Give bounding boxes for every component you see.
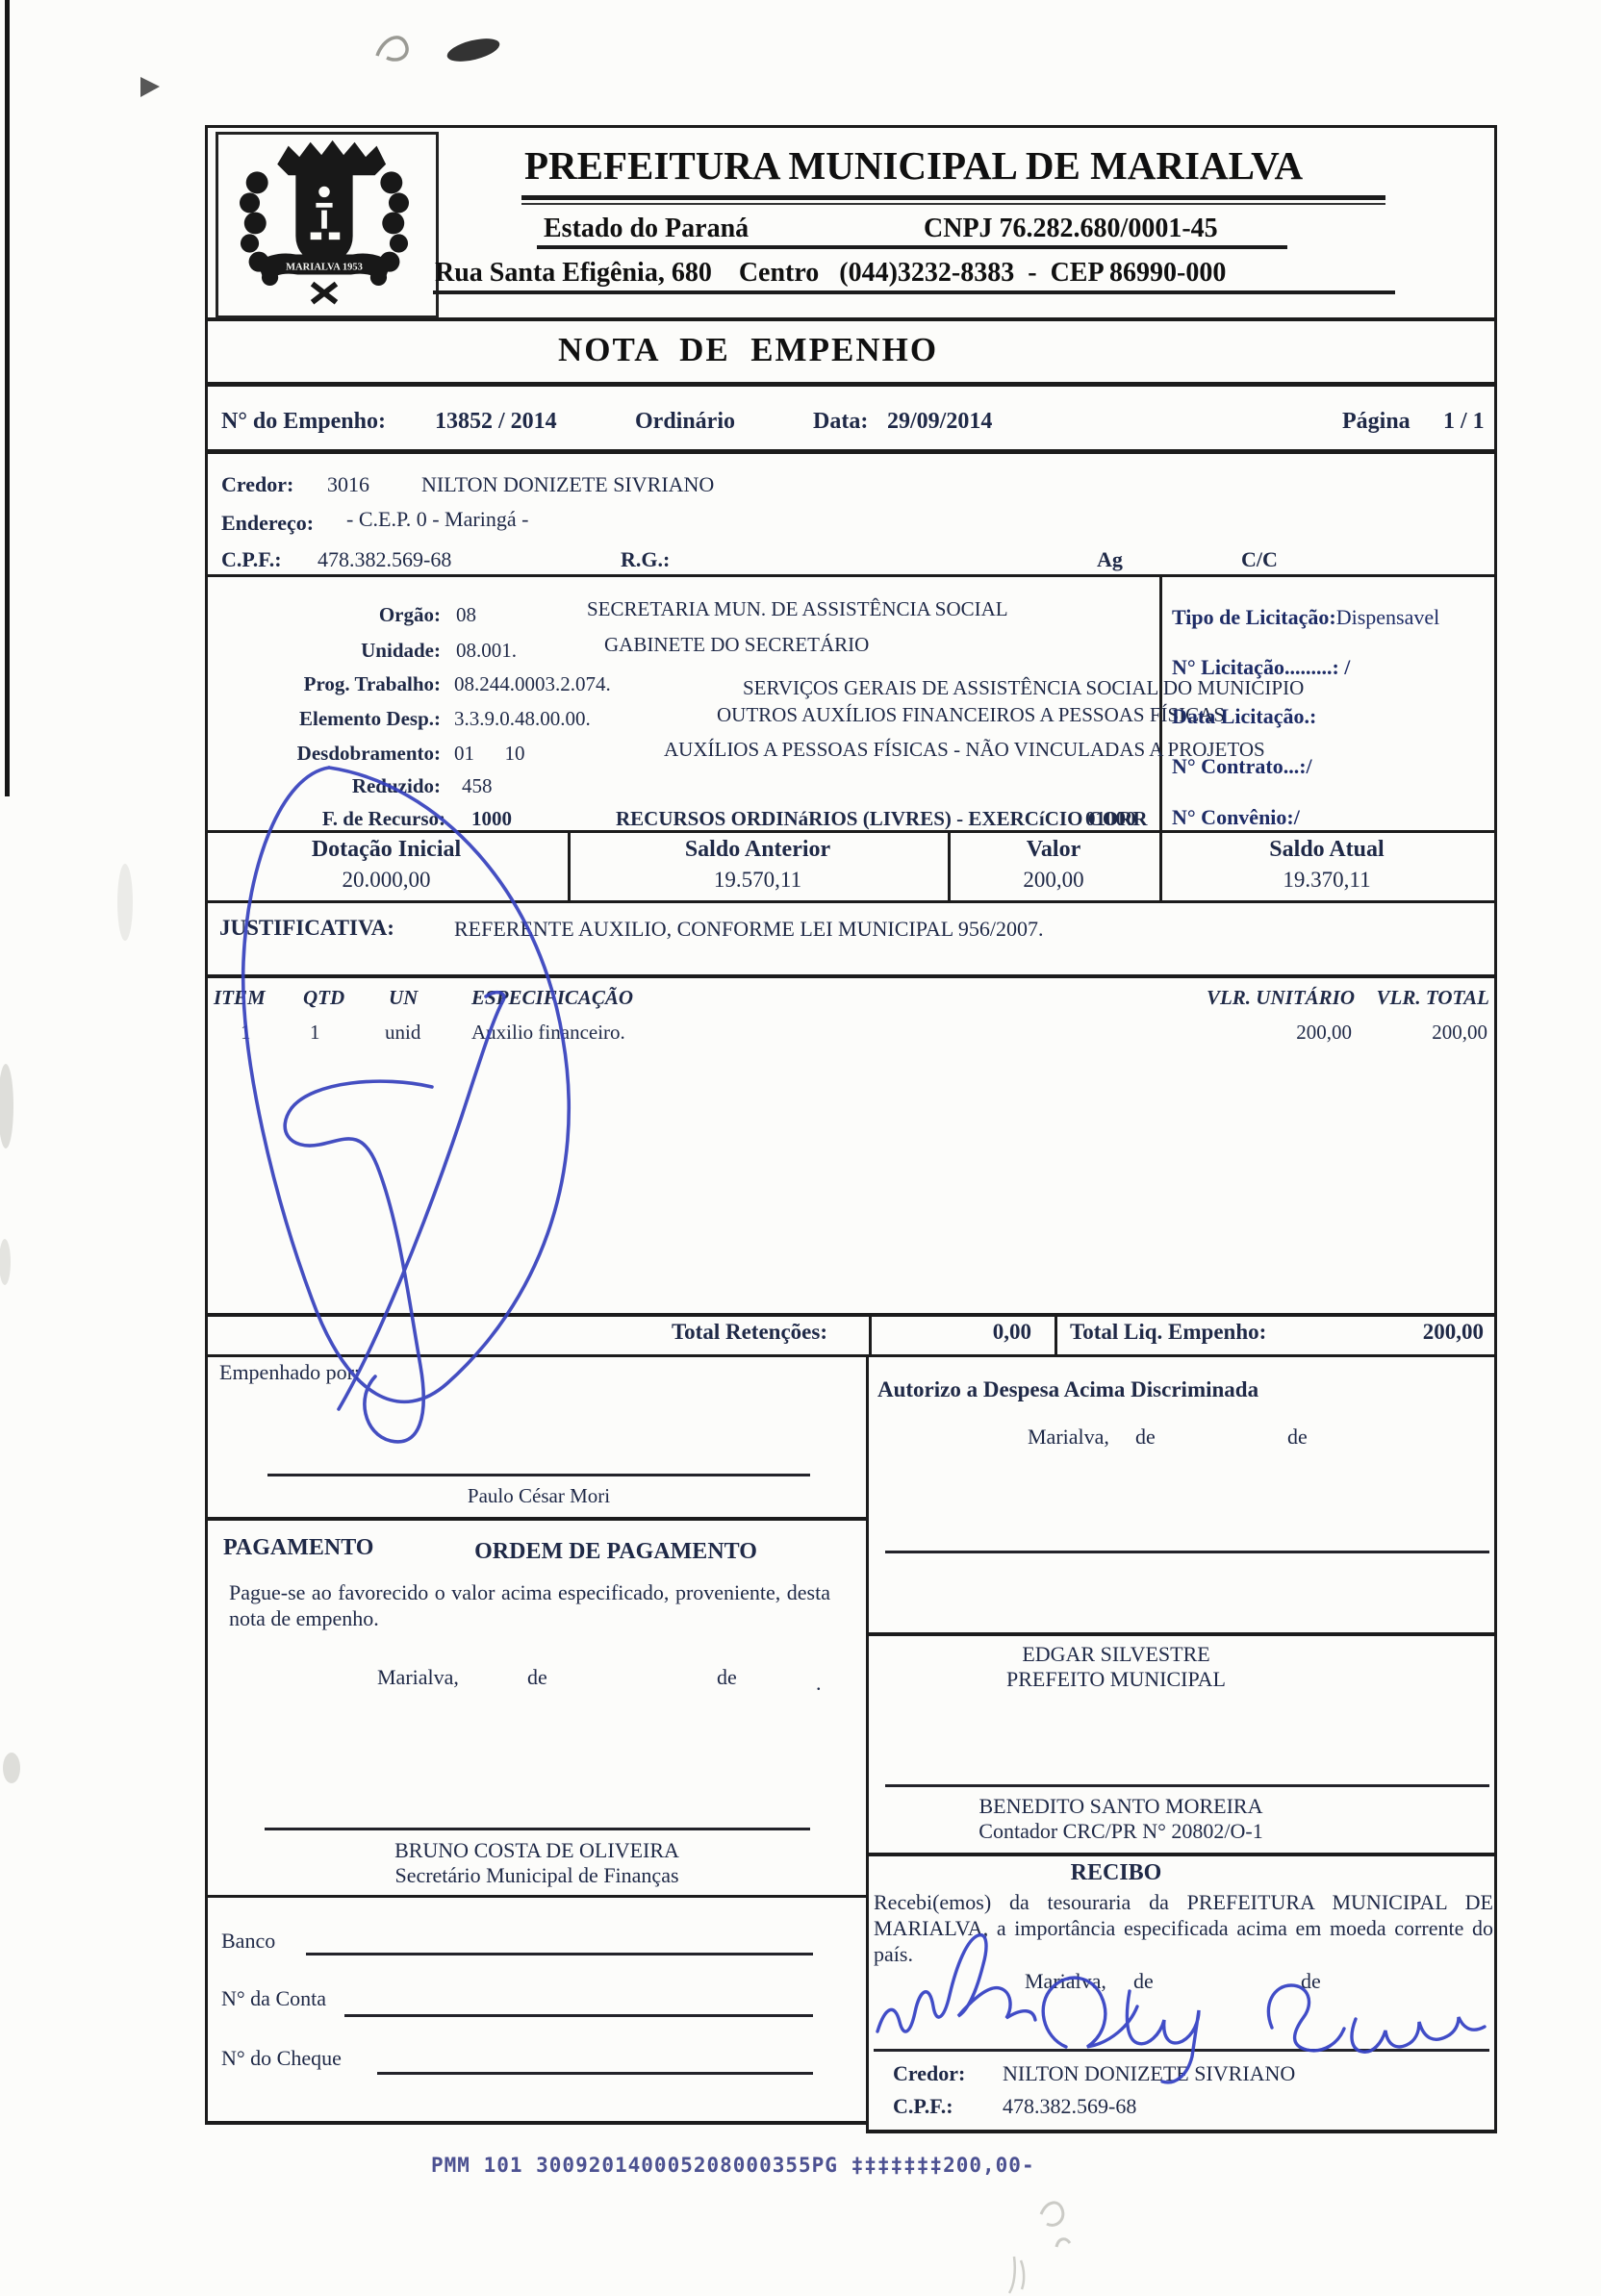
signature-line-finance — [265, 1828, 810, 1830]
rule-empenho-row-bottom — [205, 449, 1497, 454]
num-convenio-line: N° Convênio:/ — [1172, 806, 1300, 830]
item-row-item: 1 — [241, 1022, 251, 1045]
justificativa-text: REFERENTE AUXILIO, CONFORME LEI MUNICIPA… — [454, 918, 1044, 942]
signature-line-recibo — [874, 2049, 1489, 2052]
pen-scribble-stroke — [339, 993, 504, 1409]
rule-totals-div2 — [1055, 1313, 1057, 1357]
cheque-label: N° do Cheque — [221, 2047, 342, 2071]
rule-left-border — [205, 125, 208, 2123]
credor-name: NILTON DONIZETE SIVRIANO — [421, 473, 714, 497]
autorizo-title: Autorizo a Despesa Acima Discriminada — [877, 1377, 1258, 1402]
autorizo-de1: de — [1135, 1426, 1156, 1450]
col-vlr-total: VLR. TOTAL — [1366, 987, 1489, 1010]
prog-trabalho-desc: SERVIÇOS GERAIS DE ASSISTÊNCIA SOCIAL DO… — [743, 677, 1304, 700]
data-licitacao-line: Data Licitação.: — [1172, 705, 1316, 729]
scan-smudge — [3, 1753, 20, 1783]
state-label: Estado do Paraná — [544, 214, 749, 243]
fonte-recurso-extra: 01000 — [1085, 808, 1136, 831]
prog-trabalho-label: Prog. Trabalho: — [205, 673, 441, 696]
document-title: NOTA DE EMPENHO — [558, 331, 938, 368]
recibo-credor-label: Credor: — [893, 2062, 965, 2086]
unidade-code: 08.001. — [456, 640, 517, 663]
rule-pagamento-top — [205, 1517, 869, 1521]
dotacao-value-inicial: 20.000,00 — [205, 868, 568, 893]
cc-label: C/C — [1241, 548, 1278, 572]
pagamento-cidade: Marialva, — [377, 1666, 459, 1690]
pen-scribble-curl — [285, 1081, 432, 1442]
dotacao-header-valor: Valor — [948, 837, 1159, 863]
total-liq-label: Total Liq. Empenho: — [1070, 1320, 1266, 1345]
num-licitacao-line: N° Licitação.........: / — [1172, 656, 1350, 680]
ink-blot-icon — [445, 35, 501, 66]
rule-justificativa-bottom — [205, 974, 1497, 978]
ag-label: Ag — [1097, 548, 1123, 572]
rule-address-underline — [433, 290, 1395, 294]
logo-frame: MARIALVA 1953 — [216, 132, 439, 318]
municipal-crest-logo: MARIALVA 1953 — [218, 135, 430, 310]
col-item: ITEM — [214, 987, 266, 1010]
col-qtd: QTD — [303, 987, 344, 1010]
tipo-licitacao-line: Tipo de Licitação:Dispensavel — [1172, 606, 1439, 630]
cpf-value: 478.382.569-68 — [318, 548, 451, 572]
page-label: Página — [1342, 409, 1410, 435]
rule-lower-column-divider — [866, 1354, 869, 2132]
line-cheque — [377, 2072, 813, 2075]
endereco-value: - C.E.P. 0 - Maringá - — [346, 508, 528, 532]
pencil-squiggle-icon — [377, 38, 407, 60]
rule-credor-bottom — [205, 574, 1497, 577]
rule-finance-bottom — [205, 1895, 869, 1898]
elemento-desp-desc: OUTROS AUXÍLIOS FINANCEIROS A PESSOAS FÍ… — [717, 704, 1225, 727]
num-contrato-line: N° Contrato...:/ — [1172, 755, 1312, 779]
item-row-vlr-total: 200,00 — [1366, 1022, 1487, 1045]
recibo-credor-value: NILTON DONIZETE SIVRIANO — [1003, 2062, 1295, 2086]
recibo-cidade: Marialva, — [1025, 1970, 1106, 1994]
pagamento-texto: Pague-se ao favorecido o valor acima esp… — [229, 1579, 830, 1631]
signature-line-autorizo — [885, 1551, 1489, 1553]
orgao-label: Orgão: — [205, 604, 441, 627]
scan-smudge — [0, 1239, 11, 1285]
nota-de-empenho-document: MARIALVA 1953 PREFEITURA MUNICIPAL DE MA… — [0, 0, 1601, 2296]
scan-smudge — [117, 864, 133, 941]
empenho-tipo: Ordinário — [635, 409, 735, 435]
crest-banner-text: MARIALVA 1953 — [286, 263, 363, 273]
prefeito-nome: EDGAR SILVESTRE — [866, 1643, 1366, 1667]
dotacao-header-inicial: Dotação Inicial — [205, 837, 568, 863]
rule-orgname-underline — [521, 195, 1385, 200]
reduzido-code: 458 — [462, 775, 493, 798]
cnpj-value: CNPJ 76.282.680/0001-45 — [924, 214, 1218, 243]
rule-titlebar-bottom — [205, 382, 1497, 387]
pen-signature-last — [1268, 1985, 1485, 2052]
rule-prefeito-top — [866, 1632, 1497, 1636]
dotacao-header-anterior: Saldo Anterior — [568, 837, 948, 863]
dotacao-value-anterior: 19.570,11 — [568, 868, 948, 893]
justificativa-label: JUSTIFICATIVA: — [219, 916, 394, 941]
pen-scribble-loop — [243, 768, 570, 1401]
pencil-mark-icon — [140, 77, 160, 97]
banco-label: Banco — [221, 1930, 275, 1954]
conta-label: N° da Conta — [221, 1987, 326, 2011]
reduzido-label: Reduzido: — [205, 775, 441, 798]
pagamento-de1: de — [527, 1666, 547, 1690]
prefeito-cargo: PREFEITO MUNICIPAL — [866, 1668, 1366, 1692]
pagamento-title: PAGAMENTO — [223, 1535, 373, 1561]
rule-left-box-bottom — [205, 2121, 869, 2125]
page-value: 1 / 1 — [1443, 409, 1485, 435]
pencil-faint-mark — [1041, 2203, 1070, 2247]
dotacao-value-atual: 19.370,11 — [1159, 868, 1494, 893]
empenho-number-value: 13852 / 2014 — [435, 409, 557, 435]
rule-totals-bottom — [205, 1354, 1497, 1357]
finance-cargo: Secretário Municipal de Finanças — [287, 1864, 787, 1888]
credor-label: Credor: — [221, 473, 293, 497]
fonte-recurso-label: F. de Recurso: — [205, 808, 445, 831]
dotacao-header-atual: Saldo Atual — [1159, 837, 1494, 863]
recibo-de1: de — [1133, 1970, 1154, 1994]
contador-cargo: Contador CRC/PR N° 20802/O-1 — [866, 1820, 1376, 1844]
scan-edge-line — [5, 0, 10, 796]
address-line: Rua Santa Efigênia, 680 Centro (044)3232… — [435, 258, 1226, 288]
signature-line-empenhado — [267, 1474, 810, 1476]
desdobramento-label: Desdobramento: — [205, 743, 441, 766]
elemento-desp-code: 3.3.9.0.48.00.00. — [454, 708, 591, 731]
line-conta — [344, 2014, 813, 2017]
pencil-faint-mark — [1009, 2257, 1024, 2293]
recibo-de2: de — [1301, 1970, 1321, 1994]
desdobramento-code: 01 10 — [454, 743, 525, 766]
unidade-label: Unidade: — [205, 640, 441, 663]
empenho-number-label: N° do Empenho: — [221, 409, 386, 435]
tipo-licitacao-label: Tipo de Licitação: — [1172, 605, 1336, 629]
contador-nome: BENEDITO SANTO MOREIRA — [866, 1795, 1376, 1819]
empenhado-nome: Paulo César Mori — [289, 1485, 789, 1508]
item-row-espec: Auxilio financeiro. — [471, 1022, 625, 1045]
scan-smudge — [0, 1064, 13, 1148]
orgao-desc: SECRETARIA MUN. DE ASSISTÊNCIA SOCIAL — [587, 598, 1008, 621]
recibo-texto: Recebi(emos) da tesouraria da PREFEITURA… — [874, 1889, 1493, 1967]
pagamento-ponto: . — [816, 1672, 822, 1696]
rule-totals-div1 — [869, 1313, 872, 1357]
elemento-desp-label: Elemento Desp.: — [205, 708, 441, 731]
line-banco — [306, 1953, 813, 1955]
rg-label: R.G.: — [621, 548, 670, 572]
empenhado-por-label: Empenhado por: — [219, 1361, 360, 1385]
rule-right-border — [1494, 125, 1497, 2132]
rule-dotacao-bottom — [205, 900, 1497, 903]
org-name-title: PREFEITURA MUNICIPAL DE MARIALVA — [524, 144, 1303, 189]
crest-crown — [277, 140, 386, 175]
machine-print-line: PMM 101 300920140005208000355PG ‡‡‡‡‡‡‡2… — [431, 2155, 1035, 2178]
endereco-label: Endereço: — [221, 512, 314, 536]
empenho-data-value: 29/09/2014 — [887, 409, 992, 435]
col-vlr-unitario: VLR. UNITÁRIO — [1193, 987, 1355, 1010]
rule-right-box-bottom — [866, 2130, 1497, 2133]
item-row-qtd: 1 — [310, 1022, 320, 1045]
total-liq-value: 200,00 — [1347, 1320, 1484, 1345]
orgao-code: 08 — [456, 604, 476, 627]
total-retencoes-value: 0,00 — [904, 1320, 1031, 1345]
col-un: UN — [389, 987, 418, 1010]
recibo-cpf-value: 478.382.569-68 — [1003, 2095, 1136, 2119]
signature-line-contador — [885, 1784, 1489, 1787]
tipo-licitacao-value: Dispensavel — [1336, 605, 1440, 629]
fonte-recurso-desc: RECURSOS ORDINáRIOS (LIVRES) - EXERCíCIO… — [616, 808, 1148, 831]
total-retencoes-label: Total Retenções: — [481, 1320, 827, 1345]
cpf-label: C.P.F.: — [221, 548, 282, 572]
rule-orgname-underline2 — [521, 203, 1385, 205]
col-especificacao: ESPECIFICAÇÃO — [471, 987, 633, 1010]
autorizo-cidade: Marialva, — [1028, 1426, 1109, 1450]
rule-totals-top — [205, 1313, 1497, 1317]
pagamento-de2: de — [717, 1666, 737, 1690]
dotacao-value-valor: 200,00 — [948, 868, 1159, 893]
item-row-un: unid — [385, 1022, 420, 1045]
ordem-pagamento-title: ORDEM DE PAGAMENTO — [428, 1539, 803, 1565]
rule-top — [205, 125, 1497, 128]
recibo-cpf-label: C.P.F.: — [893, 2095, 953, 2119]
autorizo-de2: de — [1287, 1426, 1308, 1450]
item-row-vlr-unit: 200,00 — [1193, 1022, 1352, 1045]
rule-cnpj-underline — [537, 245, 1287, 249]
prog-trabalho-code: 08.244.0003.2.074. — [454, 673, 611, 696]
fonte-recurso-code: 1000 — [471, 808, 512, 831]
finance-nome: BRUNO COSTA DE OLIVEIRA — [287, 1839, 787, 1863]
empenho-data-label: Data: — [813, 409, 868, 435]
rule-recibo-top — [866, 1853, 1497, 1856]
unidade-desc: GABINETE DO SECRETÁRIO — [604, 634, 869, 657]
recibo-title: RECIBO — [866, 1860, 1366, 1886]
credor-code: 3016 — [327, 473, 369, 497]
